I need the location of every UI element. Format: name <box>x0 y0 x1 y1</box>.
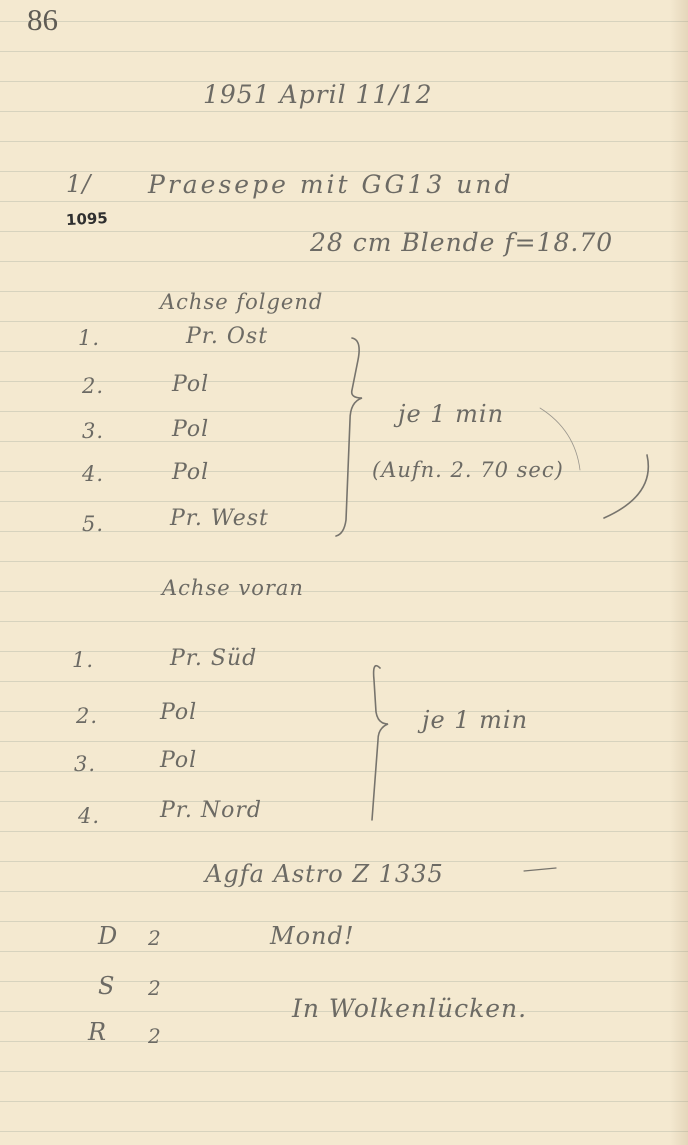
row-label: Pr. West <box>170 506 269 531</box>
remark-clouds: In Wolkenlücken. <box>292 994 527 1023</box>
row-number: 3. <box>74 752 96 776</box>
row-number: 5. <box>82 512 104 536</box>
page-number: 86 <box>27 2 58 38</box>
note-arc <box>604 455 648 518</box>
notebook-page: 86 1951 April 11/12 1/ 1095 Praesepe mit… <box>0 0 688 1145</box>
row-number: 1. <box>72 648 94 672</box>
row-number: 4. <box>78 804 100 828</box>
remark-moon: Mond! <box>270 922 355 950</box>
entry-index: 1/ <box>66 170 91 198</box>
row-label: Pol <box>160 700 197 725</box>
processing-value: 2 <box>148 926 162 950</box>
row-label: Pol <box>160 748 197 773</box>
section-voran-note-exposure: je 1 min <box>422 706 528 734</box>
processing-value: 2 <box>148 976 162 1000</box>
date-heading: 1951 April 11/12 <box>203 80 433 109</box>
processing-code: D <box>98 922 118 950</box>
row-label: Pol <box>172 372 209 397</box>
archive-number: 1095 <box>66 209 109 229</box>
section-folgend-note-detail: (Aufn. 2. 70 sec) <box>372 458 564 482</box>
row-label: Pr. Süd <box>170 646 257 671</box>
row-label: Pol <box>172 417 209 442</box>
row-number: 1. <box>78 326 100 350</box>
row-label: Pr. Nord <box>160 798 262 823</box>
row-number: 4. <box>82 462 104 486</box>
brace-voran <box>372 666 388 820</box>
entry-title-line2: 28 cm Blende f=18.70 <box>310 228 613 257</box>
row-label: Pol <box>172 460 209 485</box>
processing-value: 2 <box>148 1024 162 1048</box>
entry-title-line1: Praesepe mit GG13 und <box>148 170 513 199</box>
row-number: 2. <box>82 374 104 398</box>
row-number: 3. <box>82 419 104 443</box>
brace-folgend <box>336 338 362 536</box>
section-voran-heading: Achse voran <box>162 576 304 600</box>
section-folgend-heading: Achse folgend <box>160 290 323 314</box>
plate-type: Agfa Astro Z 1335 <box>205 860 444 888</box>
row-number: 2. <box>76 704 98 728</box>
plate-overline <box>524 868 556 871</box>
processing-code: S <box>98 972 115 1000</box>
section-folgend-note-exposure: je 1 min <box>398 400 504 428</box>
processing-code: R <box>88 1018 107 1046</box>
row-label: Pr. Ost <box>186 324 268 349</box>
